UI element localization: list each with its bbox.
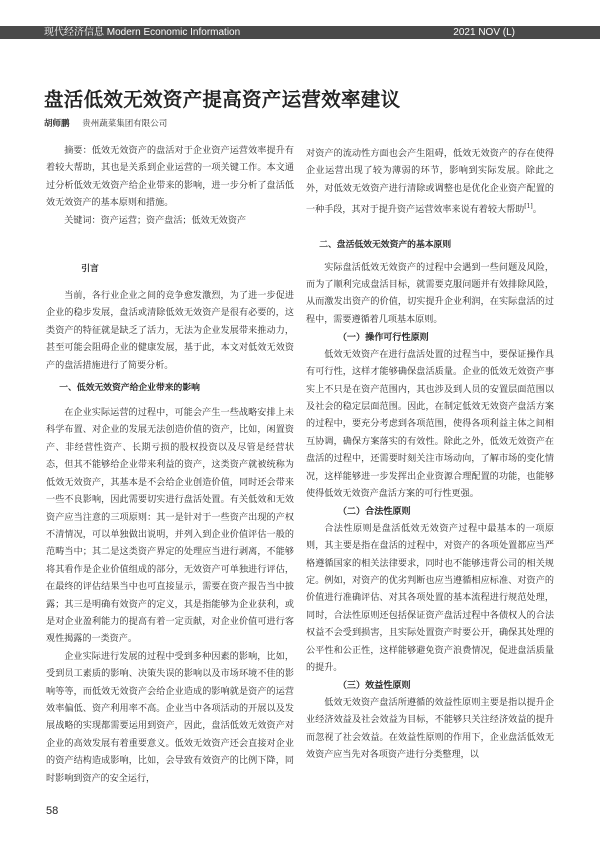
continued-text: 对资产的流动性方面也会产生阻碍，低效无效资产的存在使得企业运营出现了较为薄弱的环… — [306, 149, 554, 215]
abstract: 摘要：低效无效资产的盘活对于企业资产运营效率提升有着较大帮助，其也是关系到企业运… — [46, 143, 294, 213]
intro-paragraph: 当前，各行业企业之间的竞争愈发激烈，为了进一步促进企业的稳步发展，盘活或清除低效… — [46, 288, 294, 375]
subsection3-heading: （三）效益性原则 — [306, 677, 554, 694]
subsection2-heading: （二）合法性原则 — [306, 503, 554, 520]
issue-date: 2021 NOV (L) — [453, 26, 515, 39]
running-header: 现代经济信息 Modern Economic Information 2021 … — [0, 26, 600, 39]
citation-ref: [1] — [524, 203, 533, 210]
section2-intro: 实际盘活低效无效资产的过程中会遇到一些问题及风险，而为了顺利完成盘活目标，就需要… — [306, 260, 554, 330]
article-title: 盘活低效无效资产提高资产运营效率建议 — [44, 84, 400, 112]
intro-heading: 引言 — [46, 260, 294, 278]
journal-name: 现代经济信息 Modern Economic Information — [44, 26, 240, 39]
subsection1-heading: （一）操作可行性原则 — [306, 329, 554, 346]
author-affiliation: 贵州蔬菜集团有限公司 — [82, 119, 167, 129]
keywords: 关键词：资产运营；资产盘活；低效无效资产 — [46, 213, 294, 230]
subsection1-paragraph: 低效无效资产在进行盘活处置的过程当中，要保证操作具有可行性，这样才能够确保盘活质… — [306, 347, 554, 504]
period: 。 — [533, 205, 542, 215]
right-column: 对资产的流动性方面也会产生阻碍，低效无效资产的存在使得企业运营出现了较为薄弱的环… — [306, 146, 554, 764]
section1-paragraph-2-continued: 对资产的流动性方面也会产生阻碍，低效无效资产的存在使得企业运营出现了较为薄弱的环… — [306, 146, 554, 220]
author-name: 胡师鹏 — [44, 119, 70, 129]
byline: 胡师鹏 贵州蔬菜集团有限公司 — [44, 117, 167, 129]
subsection2-paragraph: 合法性原则是盘活低效无效资产过程中最基本的一项原则，其主要是指在盘活的过程中，对… — [306, 521, 554, 678]
page-number: 58 — [46, 805, 58, 817]
subsection3-paragraph: 低效无效资产盘活所遵循的效益性原则主要是指以提升企业经济效益及社会效益为目标，不… — [306, 695, 554, 765]
section1-heading: 一、低效无效资产给企业带来的影响 — [46, 379, 294, 397]
section2-heading: 二、盘活低效无效资产的基本原则 — [306, 236, 554, 254]
left-column: 摘要：低效无效资产的盘活对于企业资产运营效率提升有着较大帮助，其也是关系到企业运… — [46, 143, 294, 788]
section1-paragraph-1: 在企业实际运营的过程中，可能会产生一些战略安排上未科学布置、对企业的发展无法创造… — [46, 405, 294, 649]
section1-paragraph-2: 企业实际进行发展的过程中受到多种因素的影响，比如，受到员工素质的影响、决策失误的… — [46, 649, 294, 788]
